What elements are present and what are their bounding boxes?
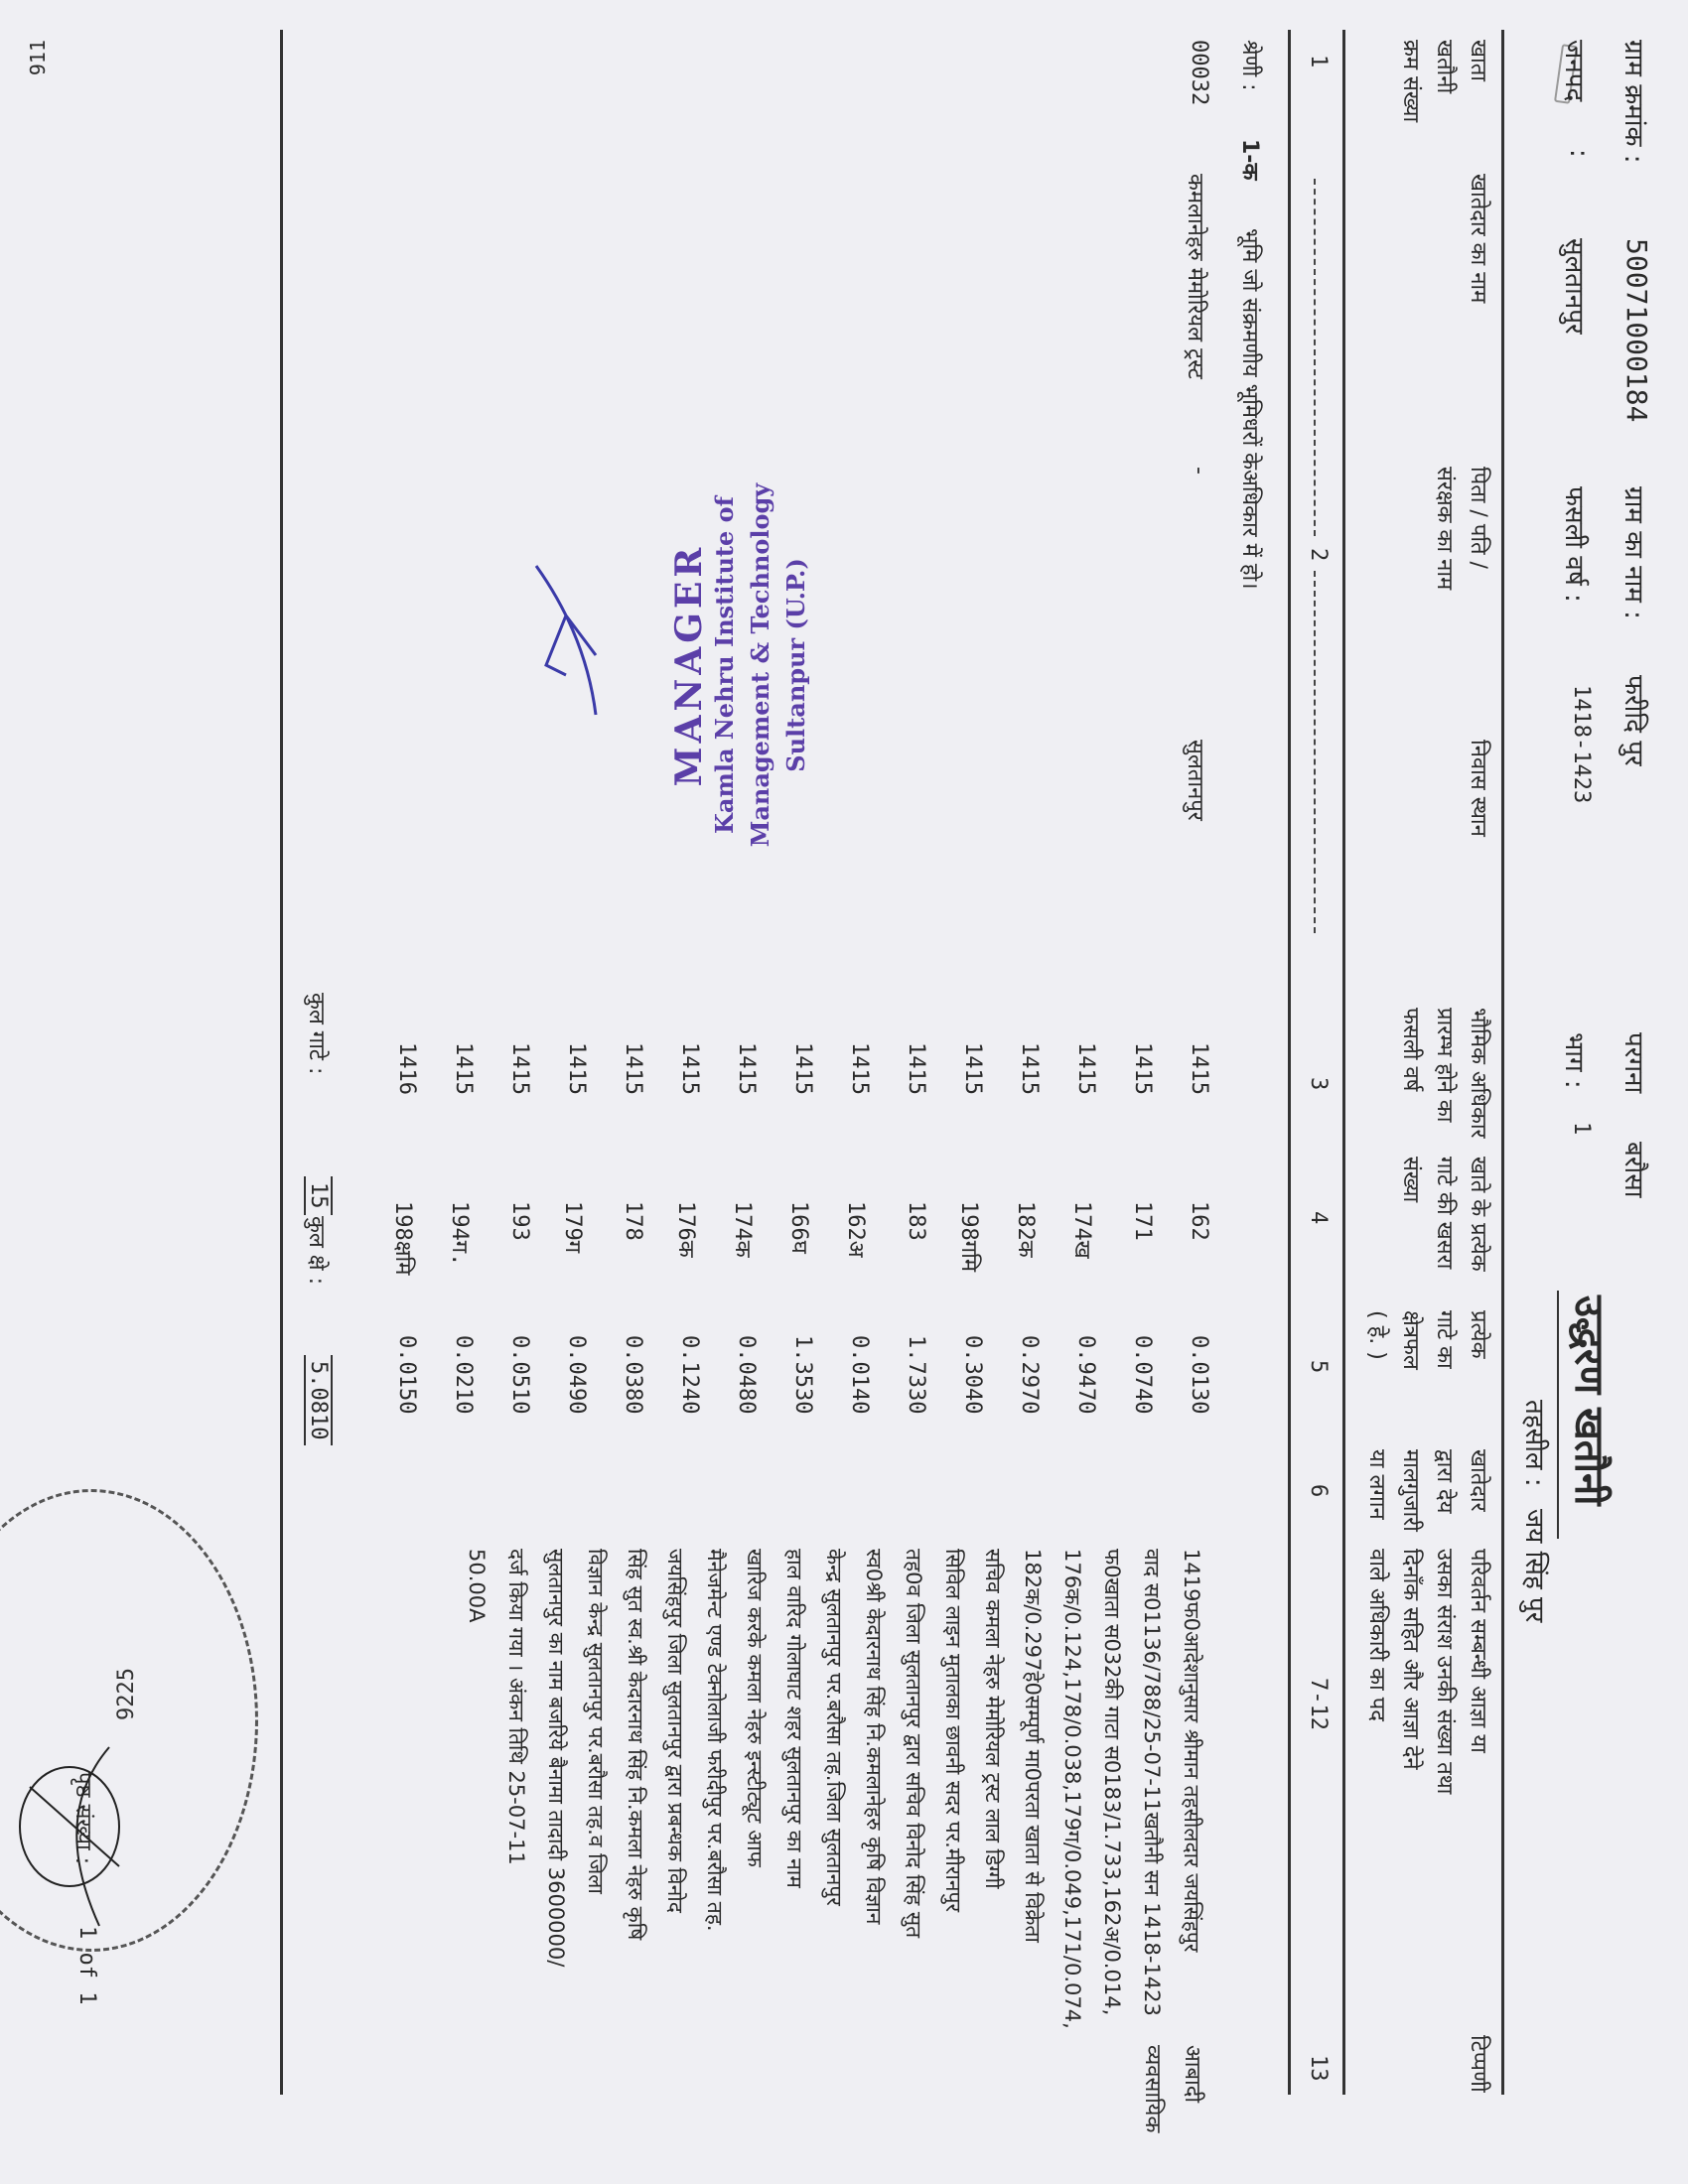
document-title: उद्धरण खतौनी <box>1564 1296 1618 1506</box>
village-code-label: ग्राम क्रमांक : <box>1618 40 1653 163</box>
category-description: भूमि जो संक्रमणीय भूमिधरों केअधिकार में … <box>1236 228 1266 590</box>
plot-area: 0.2970 <box>1017 1335 1042 1414</box>
col-header-right-year: भौमिक अधिकारप्रारम्भ होने काफसली वर्ष <box>1393 1008 1494 1139</box>
change-order-line: 50.00A <box>457 1549 496 2029</box>
residence: सुलतानपुर <box>1182 740 1211 821</box>
change-order-line: विज्ञान केन्द्र सुलतानपुर पर.बरौसा तह.व … <box>576 1549 616 2029</box>
change-order-line: 1419फ0आदेशानुसार श्रीमान तहसीलदार जयसिंह… <box>1172 1549 1211 2029</box>
khatauni-extract-page: उद्धरण खतौनी ग्राम क्रमांक : 50071000184… <box>0 0 1688 2184</box>
numbers-bottom-rule <box>1288 30 1291 2095</box>
col-header-khasra: खाते के प्रत्येकगाटे की खसरासंख्या <box>1393 1157 1494 1272</box>
plot-area: 1.7330 <box>904 1335 928 1414</box>
plot-right-year: 1415 <box>1130 1042 1155 1095</box>
change-order-line: सिविल लाइन मुतालका छावनी सदर पर.मीरानपुर <box>933 1549 973 2029</box>
scanned-page-frame: उद्धरण खतौनी ग्राम क्रमांक : 50071000184… <box>0 0 1688 2184</box>
plot-right-year: 1415 <box>734 1042 759 1095</box>
village-name-label: ग्राम का नाम : <box>1618 486 1653 619</box>
pargana-label: परगना <box>1618 1032 1653 1093</box>
col-number-4: 4 <box>1306 1211 1331 1224</box>
plot-right-year: 1415 <box>1073 1042 1098 1095</box>
plot-khasra-number: 194ग. <box>446 1201 476 1266</box>
plot-khasra-number: 176क <box>672 1201 702 1258</box>
plot-area: 1.3530 <box>790 1335 815 1414</box>
plot-khasra-number: 183 <box>904 1201 928 1241</box>
plot-right-year: 1415 <box>507 1042 532 1095</box>
plot-khasra-number: 179ग <box>559 1201 589 1253</box>
change-order-line: वाद स01136/788/25-07-11खतौनी सन 1418-142… <box>1132 1549 1172 2029</box>
plot-right-year: 1416 <box>394 1042 419 1095</box>
part-label: भाग : <box>1558 1032 1594 1089</box>
col-number-dash-left <box>1314 179 1316 536</box>
category-code: 1-क <box>1236 139 1266 180</box>
stamp-number: 9225 <box>114 1668 139 1720</box>
change-order-line: 176क/0.124,178/0.038,179ग/0.049,171/0.07… <box>1053 1549 1092 2029</box>
plot-right-year: 1415 <box>960 1042 985 1095</box>
plot-khasra-number: 166घ <box>785 1201 815 1254</box>
plot-right-year: 1415 <box>451 1042 476 1095</box>
header-bottom-rule <box>1342 30 1345 2095</box>
change-order-line: केन्द्र सुलतानपुर पर.बरौसा तह.जिला सुलता… <box>814 1549 854 2029</box>
plot-area: 0.0210 <box>451 1335 476 1414</box>
plot-area: 0.1240 <box>677 1335 702 1414</box>
district: सुलतानपुर <box>1558 238 1594 335</box>
table-bottom-rule <box>280 30 283 2095</box>
plot-khasra-number: 162 <box>1187 1201 1211 1241</box>
plot-area: 0.0150 <box>394 1335 419 1414</box>
col-number-2: 2 <box>1306 548 1331 561</box>
plot-khasra-number: 162अ <box>842 1201 872 1258</box>
col-header-area: प्रत्येकगाटे काक्षेत्रफल( हे. ) <box>1359 1310 1494 1370</box>
guardian-name: - <box>1187 467 1211 475</box>
total-plots-count: 15 <box>304 1176 333 1215</box>
change-order-line: मैनेजमेन्ट एण्ड टेक्नोलाजी फरीदीपुर पर.ब… <box>695 1549 735 2029</box>
col-header-residence: निवास स्थान <box>1461 740 1494 837</box>
change-order-line: स्व0श्री केदारनाथ सिंह नि.कमलानेहरु कृषि… <box>854 1549 894 2029</box>
col-header-changes: परिवर्तन सम्बन्धी आज्ञा याउसका संराश उनक… <box>1359 1549 1494 1794</box>
change-order-line: तह0व जिला सुलतानपुर द्वारा सचिव विनोद सि… <box>894 1549 933 2029</box>
col-header-holder-name: खातेदार का नाम <box>1461 174 1494 303</box>
plot-right-year: 1415 <box>1017 1042 1042 1095</box>
plot-khasra-number: 174ख <box>1068 1201 1098 1259</box>
village-code: 50071000184 <box>1620 238 1653 422</box>
col-header-khata: खाताखतौनीक्रम संख्या <box>1393 40 1494 122</box>
plot-area: 0.0140 <box>847 1335 872 1414</box>
total-area-label: कुल क्षे : <box>303 1216 333 1285</box>
change-order-line: फ0खाता स032की गाटा स0183/1.733,162अ/0.01… <box>1092 1549 1132 2029</box>
plot-area: 0.0490 <box>564 1335 589 1414</box>
change-order-line: सिंह सुत स्व.श्री केदारनाथ सिंह नि.कमला … <box>616 1549 655 2029</box>
khata-number: 00032 <box>1187 40 1211 105</box>
change-order-line: जयसिंहपुर जिला सुलतानपुर द्वारा प्रबन्धक… <box>655 1549 695 2029</box>
category-label: श्रेणी : <box>1236 40 1266 91</box>
change-orders-text: 1419फ0आदेशानुसार श्रीमान तहसीलदार जयसिंह… <box>457 1549 1211 2029</box>
plot-khasra-number: 193 <box>507 1201 532 1241</box>
plot-area: 0.0380 <box>621 1335 645 1414</box>
district-label: जनपद <box>1558 40 1594 101</box>
change-order-line: खारिज करके कमला नेहरु इन्स्टीट्यूट आफ <box>735 1549 774 2029</box>
plot-khasra-number: 171 <box>1130 1201 1155 1241</box>
holder-name: कमलानेहरु मेमोरियल ट्रस्ट <box>1182 174 1211 379</box>
plot-right-year: 1415 <box>904 1042 928 1095</box>
tehsil: जय सिंह पुर <box>1518 1509 1554 1622</box>
pargana: बरौसा <box>1618 1142 1653 1198</box>
plot-area: 0.0480 <box>734 1335 759 1414</box>
col-header-guardian: पिता / पति /संरक्षक का नाम <box>1427 467 1494 590</box>
total-plots-label: कुल गाटे : <box>303 993 333 1074</box>
manager-signature <box>516 556 606 735</box>
plot-right-year: 1415 <box>677 1042 702 1095</box>
change-order-line: सुलतानपुर का नाम बजरिये बैनामा तादादी 36… <box>536 1549 576 2029</box>
table-top-rule <box>1501 30 1504 2095</box>
village-name: फरीदि पुर <box>1618 675 1653 766</box>
plot-right-year: 1415 <box>790 1042 815 1095</box>
col-number-1: 1 <box>1306 55 1331 68</box>
plot-right-year: 1415 <box>621 1042 645 1095</box>
col-header-remarks: टिप्पणी <box>1461 2035 1494 2093</box>
plot-right-year: 1415 <box>564 1042 589 1095</box>
col-number-5: 5 <box>1306 1360 1331 1373</box>
change-order-line: सचिव कमला नेहरु मेमोरियल ट्रस्ट लाल डिग्… <box>973 1549 1013 2029</box>
col-number-6: 6 <box>1306 1484 1331 1497</box>
change-order-line: 182क/0.297हे0सम्पूर्ण मा0परता खाता से वि… <box>1013 1549 1053 2029</box>
col-number-3: 3 <box>1306 1077 1331 1090</box>
change-order-line: हाल वारिद गोलाघाट शहर सुलतानपुर का नाम <box>774 1549 814 2029</box>
plot-area: 0.3040 <box>960 1335 985 1414</box>
fasli-year: 1418-1423 <box>1569 685 1594 803</box>
col-number-7-12: 7-12 <box>1306 1678 1331 1730</box>
col-header-revenue: खातेदारद्वारा देयमालगुजारीया लगान <box>1359 1449 1494 1532</box>
officer-signature <box>10 1727 139 1946</box>
margin-mark: 911 <box>26 40 50 75</box>
plot-khasra-number: 178 <box>621 1201 645 1241</box>
plot-area: 0.0130 <box>1187 1335 1211 1414</box>
plot-khasra-number: 198क्षमि <box>389 1201 419 1275</box>
plot-area: 0.9470 <box>1073 1335 1098 1414</box>
plot-right-year: 1415 <box>847 1042 872 1095</box>
remarks-note: आबादीव्यवसायिक <box>1132 2045 1211 2132</box>
plot-khasra-number: 182क <box>1012 1201 1042 1258</box>
part: 1 <box>1569 1122 1594 1135</box>
tehsil-label: तहसील : <box>1518 1400 1554 1487</box>
plot-khasra-number: 174क <box>729 1201 759 1258</box>
total-area: 5.0810 <box>304 1355 333 1445</box>
change-order-line: दर्ज किया गया । अंकन तिथि 25-07-11 <box>496 1549 536 2029</box>
fasli-year-label: फसली वर्ष : <box>1558 486 1594 603</box>
title-underline <box>1557 1291 1559 1539</box>
plot-area: 0.0510 <box>507 1335 532 1414</box>
plot-right-year: 1415 <box>1187 1042 1211 1095</box>
manager-stamp: MANAGER Kamla Nehru Institute of Managem… <box>671 457 814 874</box>
plot-area: 0.0740 <box>1130 1335 1155 1414</box>
plot-khasra-number: 198गमि <box>955 1201 985 1272</box>
col-number-dash-right <box>1314 571 1316 933</box>
col-number-13: 13 <box>1306 2055 1331 2082</box>
